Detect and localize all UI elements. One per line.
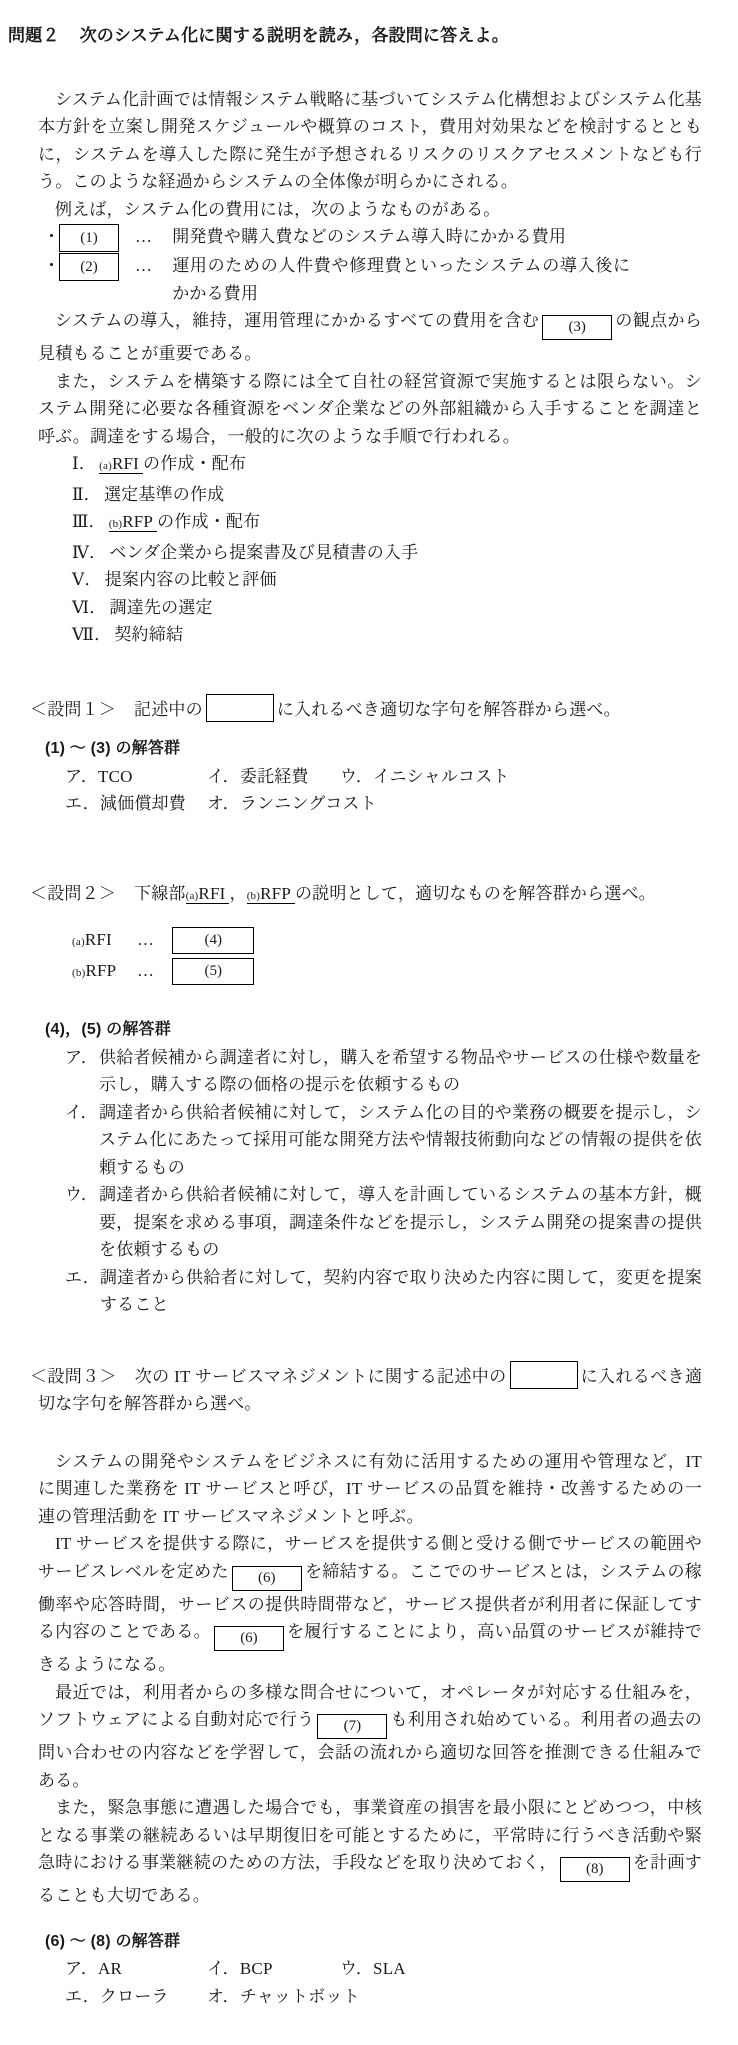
question-2-label: ＜設問２＞ xyxy=(30,884,116,903)
procurement-steps: Ⅰ．(a)RFIの作成・配布 Ⅱ．選定基準の作成 Ⅲ．(b)RFPの作成・配布 … xyxy=(72,450,702,649)
step-number: Ⅳ． xyxy=(72,543,106,562)
step-text: ベンダ企業から提案書及び見積書の入手 xyxy=(109,543,418,562)
blank-answer-box xyxy=(510,1361,578,1389)
option-text: ランニングコスト xyxy=(240,794,377,813)
step-1: Ⅰ．(a)RFIの作成・配布 xyxy=(72,450,702,481)
option-text: BCP xyxy=(240,1959,273,1978)
step-4: Ⅳ．ベンダ企業から提案書及び見積書の入手 xyxy=(72,539,702,567)
option-text: 調達者から供給者候補に対して，システム化の目的や業務の概要を提示し，システム化に… xyxy=(99,1099,702,1182)
answer-box-6b: (6) xyxy=(214,1626,284,1651)
step-2: Ⅱ．選定基準の作成 xyxy=(72,481,702,509)
text-segment: の説明として，適切なものを解答群から選べ。 xyxy=(295,884,656,903)
ellipsis: … xyxy=(135,223,152,251)
answer-box-3: (3) xyxy=(542,315,612,340)
term-rfi: RFI xyxy=(198,884,225,903)
rfi-row: (a)RFI … (4) xyxy=(72,926,702,957)
question-1-heading: ＜設問１＞記述中のに入れるべき適切な字句を解答群から選べ。 xyxy=(30,694,702,724)
ellipsis: … xyxy=(135,252,152,280)
intro-paragraph-3: システムの導入，維持，運用管理にかかるすべての費用を含む(3)の観点から見積もる… xyxy=(38,307,702,368)
step-text: の作成・配布 xyxy=(157,512,260,531)
term-rfi: (a)RFI xyxy=(72,926,129,957)
underlined-term-rfp: (b)RFP xyxy=(109,512,157,532)
underlined-term-rfp: (b)RFP xyxy=(247,884,295,904)
text-segment: 記述中の xyxy=(134,700,203,719)
option-e: エ．調達者から供給者に対して，契約内容で取り決めた内容に関して，変更を提案するこ… xyxy=(65,1264,702,1319)
term-rfp: RFP xyxy=(122,512,153,531)
step-7: Ⅶ．契約締結 xyxy=(72,621,702,649)
annotation-b: (b) xyxy=(247,890,260,902)
cost-item-initial: ・ (1) … 開発費や購入費などのシステム導入時にかかる費用 xyxy=(43,223,702,252)
option-text: イニシャルコスト xyxy=(373,767,510,786)
step-3: Ⅲ．(b)RFPの作成・配布 xyxy=(72,508,702,539)
option-text: SLA xyxy=(373,1959,406,1978)
problem-title: 次のシステム化に関する説明を読み，各設問に答えよ。 xyxy=(80,26,509,45)
bullet-icon: ・ xyxy=(43,223,59,251)
answer-options: ア．TCO イ．委託経費 ウ．イニシャルコスト エ．減価償却費 オ．ランニングコ… xyxy=(65,763,702,818)
option-key: エ． xyxy=(65,1987,100,2006)
cost-item-desc: 運用のための人件費や修理費といったシステムの導入後にかかる費用 xyxy=(172,252,630,307)
blank-answer-box xyxy=(206,694,274,722)
annotation-b: (b) xyxy=(72,967,85,979)
option-i: イ．調達者から供給者候補に対して，システム化の目的や業務の概要を提示し，システム… xyxy=(65,1099,702,1182)
bullet-icon: ・ xyxy=(43,252,59,280)
text-segment: に入れるべき適切な字句を解答群から選べ。 xyxy=(277,700,621,719)
answer-group-heading: (1) ～ (3) の解答群 xyxy=(45,735,702,763)
option-u: ウ．イニシャルコスト xyxy=(340,763,702,791)
option-o: オ．チャットボット xyxy=(207,1983,340,2011)
intro-paragraph-4: また，システムを構築する際には全て自社の経営資源で実施するとは限らない。システム… xyxy=(38,368,702,451)
answer-group-heading: (4)，(5) の解答群 xyxy=(45,1016,702,1044)
option-u: ウ．調達者から供給者候補に対して，導入を計画しているシステムの基本方針，概要，提… xyxy=(65,1181,702,1264)
term-rfp: RFP xyxy=(260,884,291,903)
option-text: 調達者から供給者候補に対して，導入を計画しているシステムの基本方針，概要，提案を… xyxy=(99,1181,702,1264)
option-key: オ． xyxy=(207,1987,240,2006)
rfi-rfp-mapping: (a)RFI … (4) (b)RFP … (5) xyxy=(72,926,702,987)
option-key: イ． xyxy=(207,1959,240,1978)
answer-box-2: (2) xyxy=(59,253,119,281)
answer-group-6-8: (6) ～ (8) の解答群 ア．AR イ．BCP ウ．SLA エ．クローラ オ… xyxy=(45,1928,702,2011)
problem-header: 問題２次のシステム化に関する説明を読み，各設問に答えよ。 xyxy=(8,22,702,50)
option-text: チャットボット xyxy=(240,1987,360,2006)
annotation-b: (b) xyxy=(109,518,122,530)
answer-group-1-3: (1) ～ (3) の解答群 ア．TCO イ．委託経費 ウ．イニシャルコスト エ… xyxy=(45,735,702,818)
cost-item-desc: 開発費や購入費などのシステム導入時にかかる費用 xyxy=(172,223,630,251)
option-a: ア．供給者候補から調達者に対し，購入を希望する物品やサービスの仕様や数量を示し，… xyxy=(65,1044,702,1099)
term-text: RFI xyxy=(85,930,112,949)
step-number: Ⅱ． xyxy=(72,485,101,504)
option-a: ア．TCO xyxy=(65,763,207,791)
option-e: エ．減価償却費 xyxy=(65,790,207,818)
text-segment: ， xyxy=(229,884,246,903)
answer-options: ア．供給者候補から調達者に対し，購入を希望する物品やサービスの仕様や数量を示し，… xyxy=(65,1044,702,1319)
answer-box-7: (7) xyxy=(317,1714,387,1739)
option-key: エ． xyxy=(65,1264,100,1292)
question-3-heading: ＜設問３＞次の IT サービスマネジメントに関する記述中のに入れるべき適切な字句… xyxy=(30,1361,702,1418)
cost-item-running: ・ (2) … 運用のための人件費や修理費といったシステムの導入後にかかる費用 xyxy=(43,252,702,307)
option-key: ア． xyxy=(65,1044,99,1072)
option-o: オ．ランニングコスト xyxy=(207,790,340,818)
itsm-paragraph-3: 最近では，利用者からの多様な問合せについて，オペレータが対応する仕組みを，ソフト… xyxy=(38,1679,702,1795)
text-segment: 次の IT サービスマネジメントに関する記述中の xyxy=(135,1367,507,1386)
step-text: 調達先の選定 xyxy=(110,598,213,617)
step-5: Ⅴ．提案内容の比較と評価 xyxy=(72,566,702,594)
option-key: ア． xyxy=(65,767,98,786)
rfp-row: (b)RFP … (5) xyxy=(72,957,702,988)
itsm-paragraph-2: IT サービスを提供する際に，サービスを提供する側と受ける側でサービスの範囲やサ… xyxy=(38,1530,702,1679)
option-text: AR xyxy=(98,1959,122,1978)
option-key: オ． xyxy=(207,794,240,813)
term-text: RFP xyxy=(85,961,116,980)
term-rfi: RFI xyxy=(112,454,139,473)
step-number: Ⅲ． xyxy=(72,512,106,531)
itsm-description: システムの開発やシステムをビジネスに有効に活用するための運用や管理など，IT に… xyxy=(38,1448,702,1910)
ellipsis: … xyxy=(137,926,154,954)
step-number: Ⅶ． xyxy=(72,625,111,644)
itsm-paragraph-4: また，緊急事態に遭遇した場合でも，事業資産の損害を最小限にとどめつつ，中核となる… xyxy=(38,1794,702,1910)
problem-number: 問題２ xyxy=(8,26,60,45)
step-6: Ⅵ．調達先の選定 xyxy=(72,594,702,622)
intro-paragraph-2: 例えば，システム化の費用には，次のようなものがある。 xyxy=(38,196,702,224)
option-e: エ．クローラ xyxy=(65,1983,207,2011)
underlined-term-rfi: (a)RFI xyxy=(186,884,230,904)
option-key: ウ． xyxy=(340,1959,373,1978)
annotation-a: (a) xyxy=(72,936,85,948)
answer-box-8: (8) xyxy=(560,1857,630,1882)
option-key: ア． xyxy=(65,1959,98,1978)
step-number: Ⅴ． xyxy=(72,570,102,589)
answer-options: ア．AR イ．BCP ウ．SLA エ．クローラ オ．チャットボット xyxy=(65,1955,702,2010)
answer-box-6: (6) xyxy=(232,1566,302,1591)
option-key: イ． xyxy=(207,767,240,786)
answer-box-5: (5) xyxy=(172,958,254,985)
annotation-a: (a) xyxy=(99,460,112,472)
option-key: エ． xyxy=(65,794,100,813)
text-segment: 下線部 xyxy=(134,884,186,903)
step-text: の作成・配布 xyxy=(143,454,246,473)
itsm-paragraph-1: システムの開発やシステムをビジネスに有効に活用するための運用や管理など，IT に… xyxy=(38,1448,702,1531)
answer-box-1: (1) xyxy=(59,224,119,252)
option-text: TCO xyxy=(98,767,133,786)
option-a: ア．AR xyxy=(65,1955,207,1983)
option-text: 減価償却費 xyxy=(100,794,186,813)
option-text: 調達者から供給者に対して，契約内容で取り決めた内容に関して，変更を提案すること xyxy=(100,1264,702,1319)
question-1-label: ＜設問１＞ xyxy=(30,700,116,719)
step-text: 選定基準の作成 xyxy=(104,485,224,504)
ellipsis: … xyxy=(137,957,154,985)
exam-page: 問題２次のシステム化に関する説明を読み，各設問に答えよ。 システム化計画では情報… xyxy=(0,0,738,2045)
option-text: クローラ xyxy=(100,1987,169,2006)
step-number: Ⅰ． xyxy=(72,454,96,473)
option-i: イ．委託経費 xyxy=(207,763,340,791)
step-text: 契約締結 xyxy=(114,625,183,644)
step-text: 提案内容の比較と評価 xyxy=(105,570,277,589)
option-i: イ．BCP xyxy=(207,1955,340,1983)
option-key: ウ． xyxy=(65,1181,99,1209)
intro-paragraph-1: システム化計画では情報システム戦略に基づいてシステム化構想およびシステム化基本方… xyxy=(38,86,702,196)
question-2-heading: ＜設問２＞下線部(a)RFI，(b)RFPの説明として，適切なものを解答群から選… xyxy=(30,880,702,911)
step-number: Ⅵ． xyxy=(72,598,107,617)
text-segment: システムの導入，維持，運用管理にかかるすべての費用を含む xyxy=(55,311,539,330)
option-text: 供給者候補から調達者に対し，購入を希望する物品やサービスの仕様や数量を示し，購入… xyxy=(99,1044,702,1099)
annotation-a: (a) xyxy=(186,890,199,902)
option-text: 委託経費 xyxy=(240,767,309,786)
answer-box-4: (4) xyxy=(172,927,254,954)
answer-group-4-5: (4)，(5) の解答群 ア．供給者候補から調達者に対し，購入を希望する物品やサ… xyxy=(45,1016,702,1319)
underlined-term-rfi: (a)RFI xyxy=(99,454,143,474)
term-rfp: (b)RFP xyxy=(72,957,129,988)
question-3-label: ＜設問３＞ xyxy=(30,1367,117,1386)
answer-group-heading: (6) ～ (8) の解答群 xyxy=(45,1928,702,1956)
option-key: ウ． xyxy=(340,767,373,786)
option-u: ウ．SLA xyxy=(340,1955,702,1983)
option-key: イ． xyxy=(65,1099,99,1127)
